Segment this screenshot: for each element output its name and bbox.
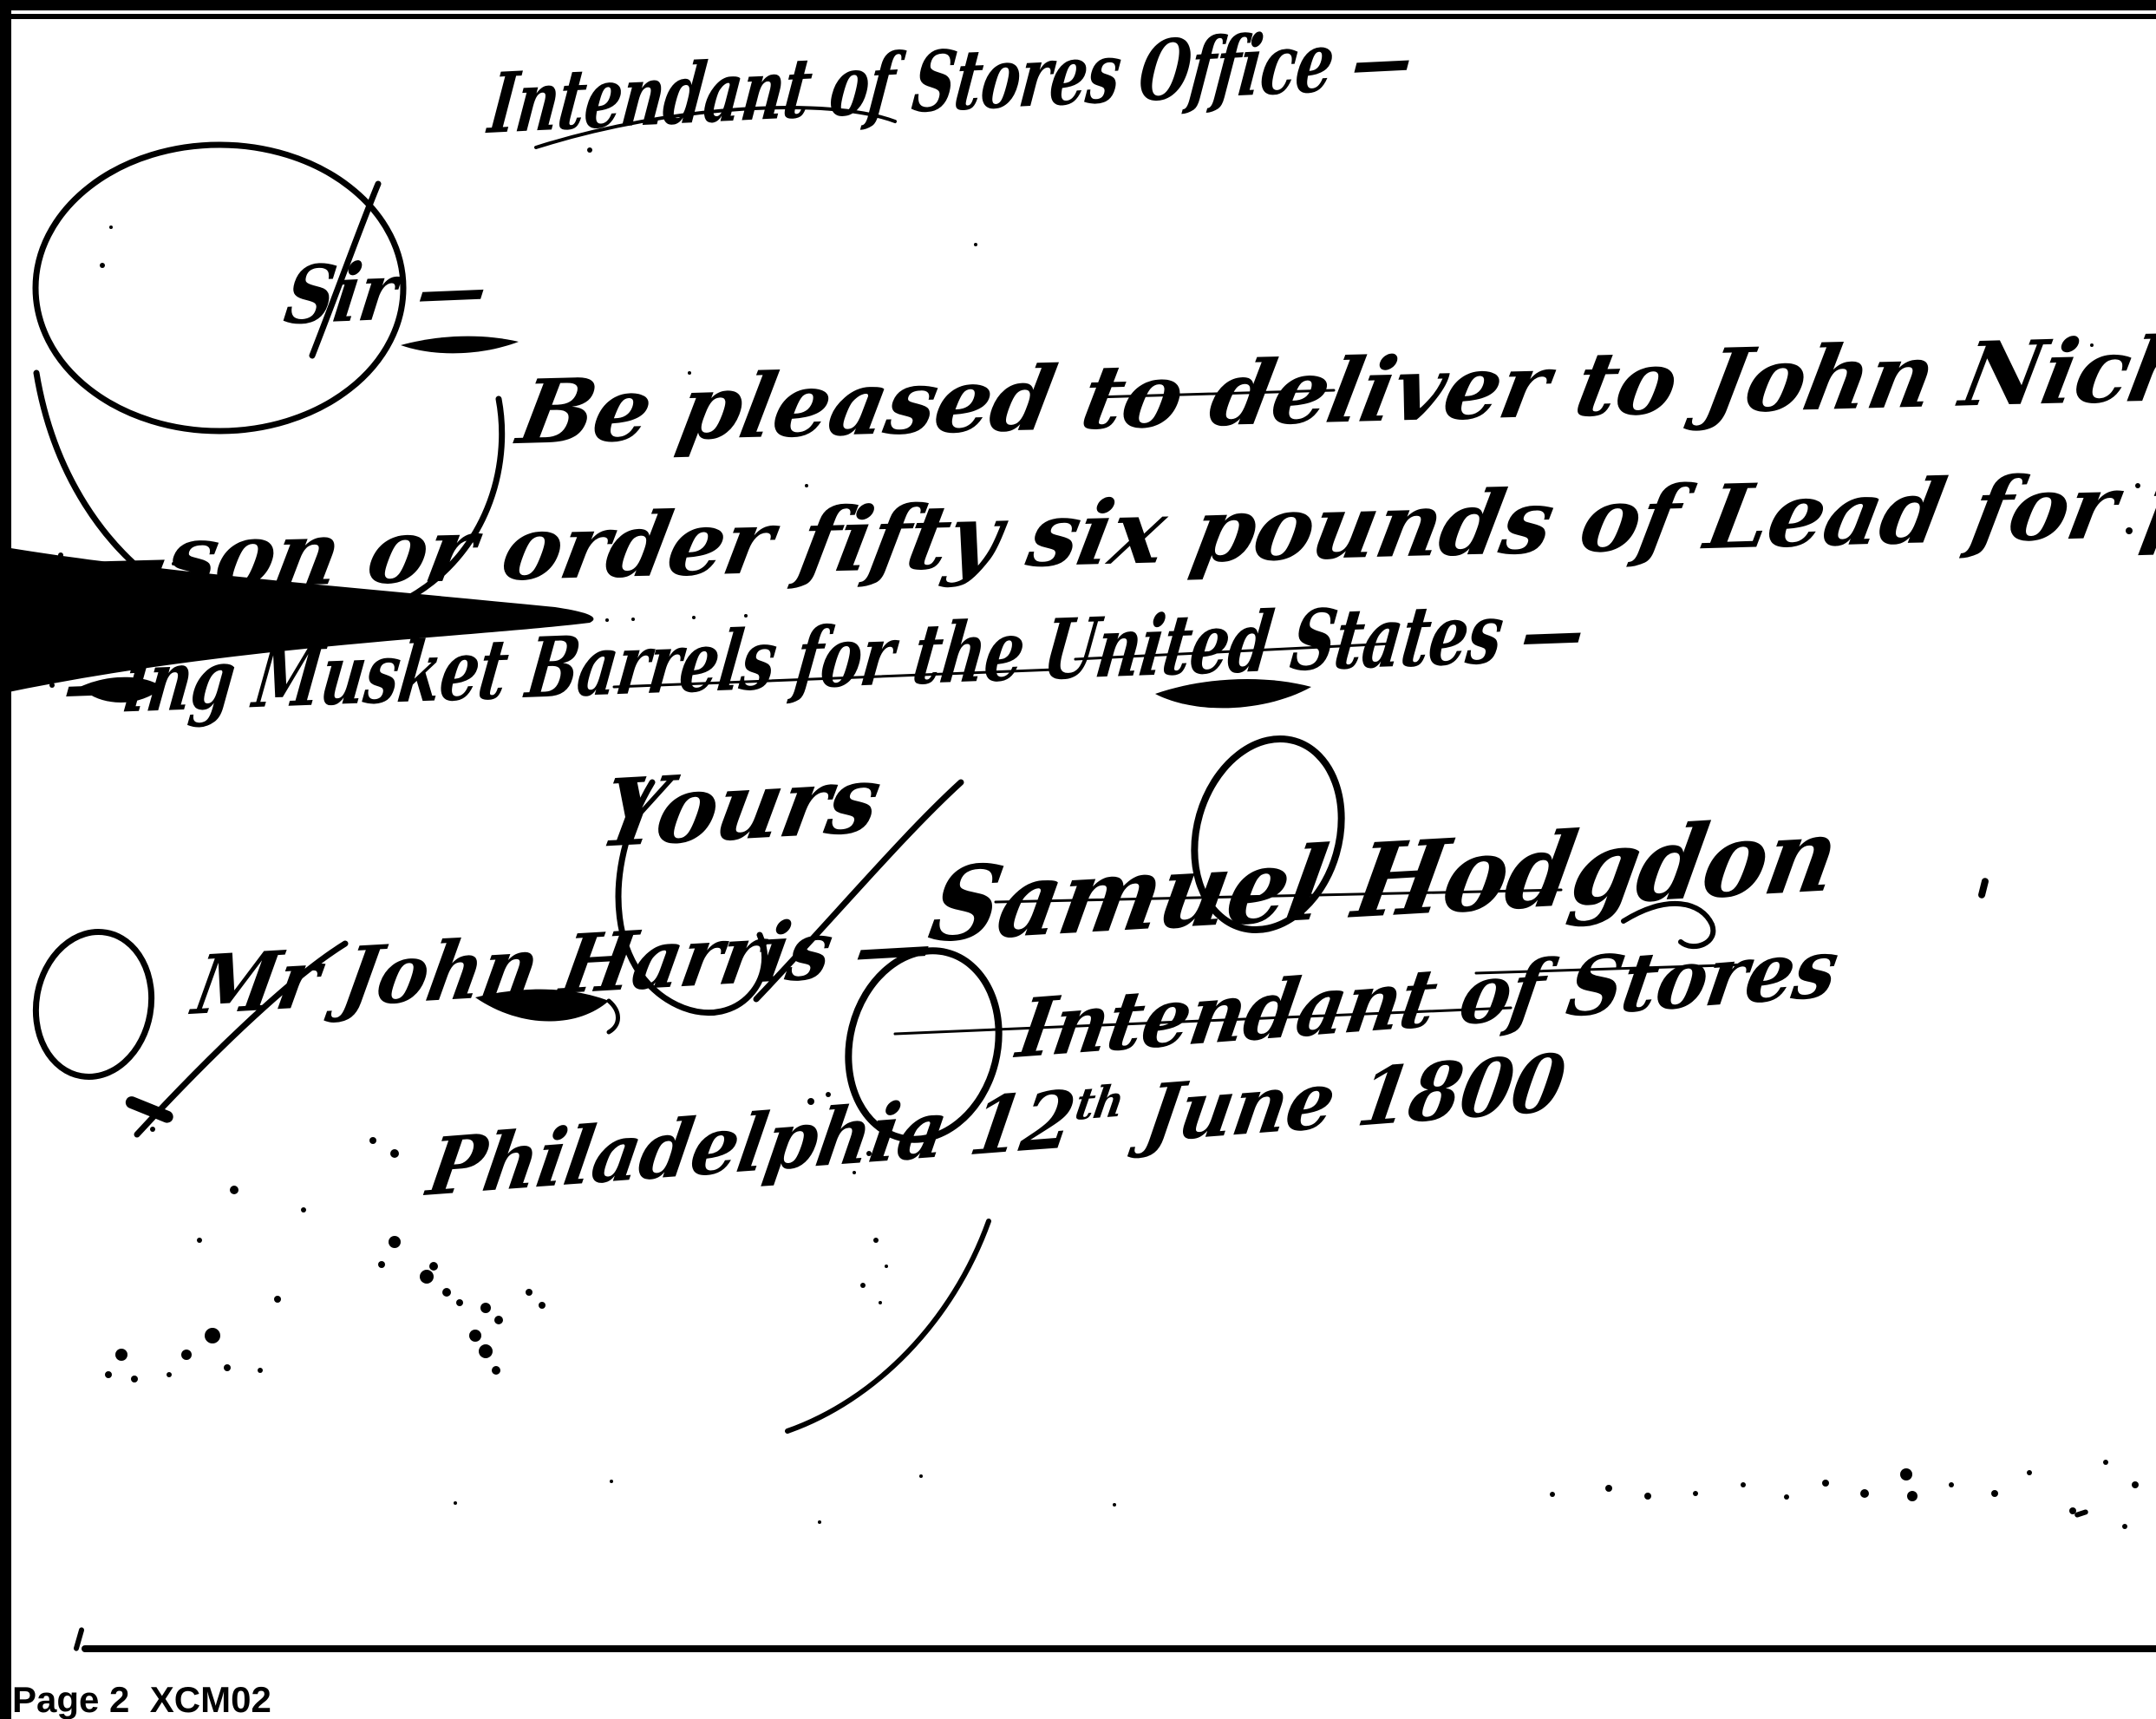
- office-heading: Intendant of Stores Office —: [485, 16, 1416, 146]
- scan-top-edge-artifact: [0, 0, 2156, 10]
- page-footer-label: Page 2 XCM02: [12, 1679, 271, 1719]
- scan-top-edge-line-artifact: [0, 14, 2156, 19]
- stray-ink-mark: [1977, 877, 1989, 899]
- body-line-3: —ing Musket Barrels for the United State…: [59, 590, 1588, 727]
- dateline: Philadelphia 12th June 1800: [422, 1043, 1570, 1206]
- scanned-letter-page: Intendant of Stores Office — Sir — Be pl…: [0, 0, 2156, 1719]
- addressee: Mr John Harris —: [187, 904, 938, 1027]
- scan-bottom-rule-artifact: [82, 1645, 2156, 1652]
- body-line-2: —son or order fifty six pounds of Lead f…: [71, 455, 2156, 605]
- stray-ink-tick: [2074, 1509, 2088, 1519]
- closing: Yours: [594, 753, 887, 861]
- salutation: Sir —: [280, 248, 492, 336]
- body-line-1: Be pleased to deliver to John Nichol: [512, 323, 2156, 457]
- dateline-place-day: Philadelphia 12: [421, 1073, 1081, 1214]
- dateline-flourish: [787, 1221, 989, 1431]
- scan-left-edge-artifact: [0, 0, 11, 1719]
